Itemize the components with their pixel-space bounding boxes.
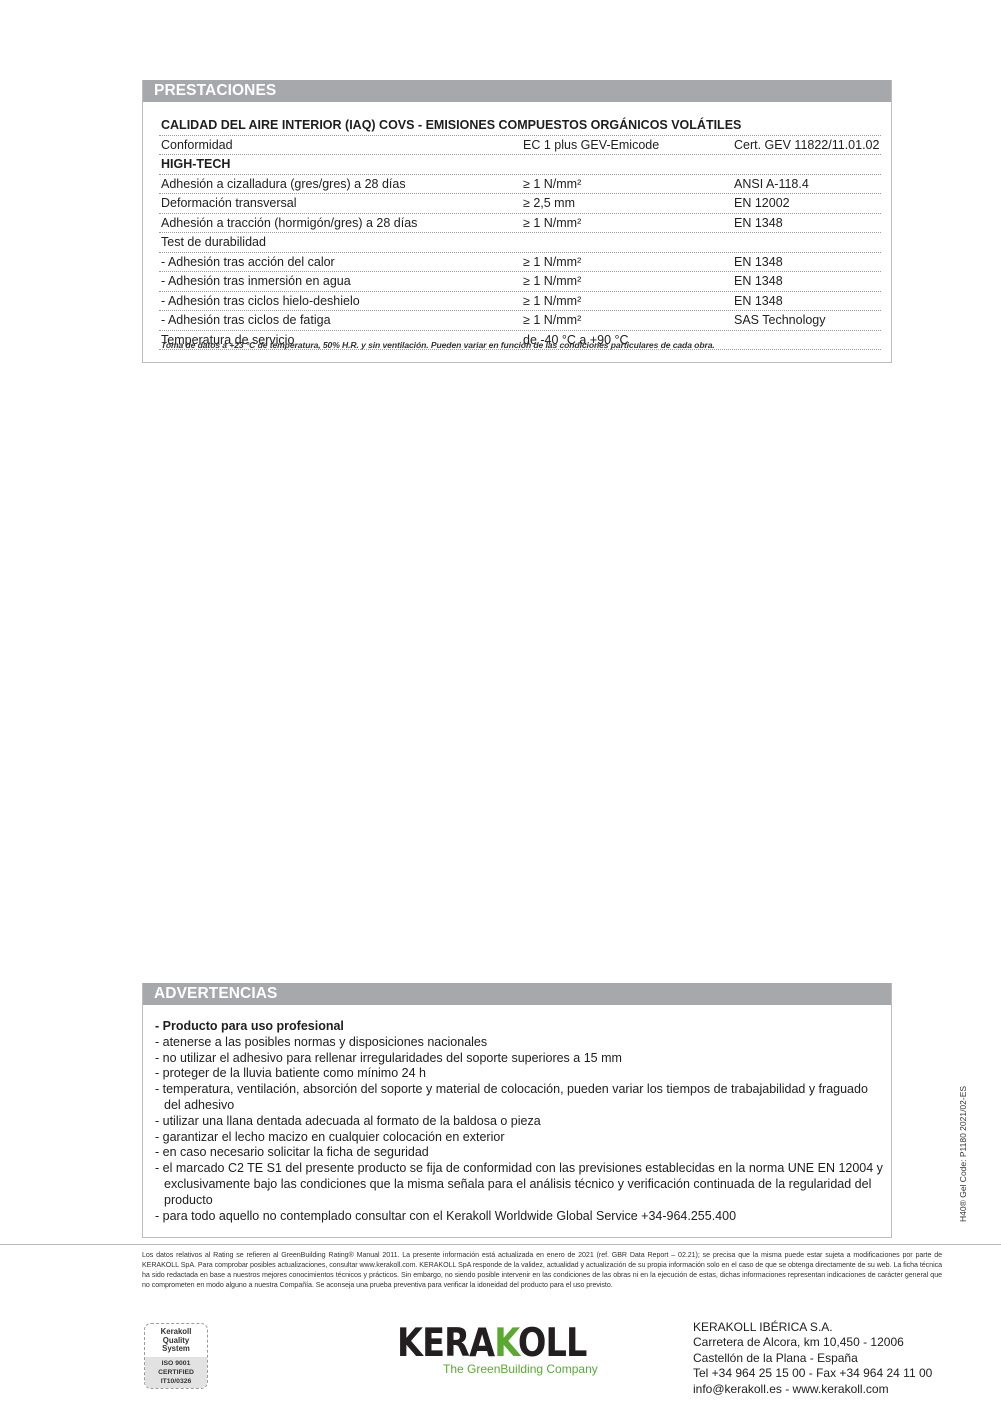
spec-row: Adhesión a cizalladura (gres/gres) a 28 … bbox=[159, 175, 881, 195]
spec-label: - Adhesión tras ciclos de fatiga bbox=[161, 311, 331, 330]
company-address: KERAKOLL IBÉRICA S.A. Carretera de Alcor… bbox=[693, 1320, 932, 1397]
warning-item: - el marcado C2 TE S1 del presente produ… bbox=[155, 1161, 885, 1208]
company-contact-links[interactable]: info@kerakoll.es - www.kerakoll.com bbox=[693, 1382, 932, 1397]
advertencias-title: ADVERTENCIAS bbox=[143, 983, 891, 1005]
disclaimer-text: Los datos relativos al Rating se refiere… bbox=[142, 1250, 942, 1290]
spec-row: - Adhesión tras ciclos de fatiga≥ 1 N/mm… bbox=[159, 311, 881, 331]
spec-row: Test de durabilidad bbox=[159, 233, 881, 253]
warning-item: - garantizar el lecho macizo en cualquie… bbox=[155, 1130, 885, 1146]
spec-row: - Adhesión tras acción del calor≥ 1 N/mm… bbox=[159, 253, 881, 273]
quality-badge-bottom: ISO 9001 CERTIFIED IT10/0326 bbox=[145, 1357, 207, 1388]
spec-table: CALIDAD DEL AIRE INTERIOR (IAQ) COVS - E… bbox=[159, 116, 881, 350]
warning-item: - temperatura, ventilación, absorción de… bbox=[155, 1082, 885, 1114]
product-code: H40® Gel Code: P1180 2021/02-ES bbox=[958, 1086, 968, 1222]
company-phone: Tel +34 964 25 15 00 - Fax +34 964 24 11… bbox=[693, 1366, 932, 1381]
spec-norm: SAS Technology bbox=[734, 311, 826, 330]
quality-badge-top: Kerakoll Quality System bbox=[145, 1324, 207, 1358]
spec-norm: EN 12002 bbox=[734, 194, 790, 213]
spec-row: - Adhesión tras inmersión en agua≥ 1 N/m… bbox=[159, 272, 881, 292]
spec-label: Adhesión a cizalladura (gres/gres) a 28 … bbox=[161, 175, 406, 194]
spec-norm: Cert. GEV 11822/11.01.02 bbox=[734, 136, 879, 155]
warning-item: - Producto para uso profesional bbox=[155, 1019, 885, 1035]
warning-item: - proteger de la lluvia batiente como mí… bbox=[155, 1066, 885, 1082]
prestaciones-title: PRESTACIONES bbox=[143, 80, 891, 102]
spec-label: CALIDAD DEL AIRE INTERIOR (IAQ) COVS - E… bbox=[161, 116, 741, 135]
spec-label: - Adhesión tras acción del calor bbox=[161, 253, 335, 272]
spec-label: Test de durabilidad bbox=[161, 233, 266, 252]
company-street: Carretera de Alcora, km 10,450 - 12006 bbox=[693, 1335, 932, 1350]
spec-norm: EN 1348 bbox=[734, 253, 783, 272]
spec-label: Adhesión a tracción (hormigón/gres) a 28… bbox=[161, 214, 417, 233]
spec-value: ≥ 1 N/mm² bbox=[523, 311, 581, 330]
footer-divider bbox=[0, 1244, 1001, 1245]
spec-norm: EN 1348 bbox=[734, 292, 783, 311]
advertencias-section: ADVERTENCIAS - Producto para uso profesi… bbox=[142, 983, 892, 1238]
spec-label: Conformidad bbox=[161, 136, 233, 155]
spec-value: ≥ 1 N/mm² bbox=[523, 292, 581, 311]
spec-label: - Adhesión tras ciclos hielo-deshielo bbox=[161, 292, 360, 311]
prestaciones-section: PRESTACIONES CALIDAD DEL AIRE INTERIOR (… bbox=[142, 80, 892, 363]
spec-value: ≥ 2,5 mm bbox=[523, 194, 575, 213]
spec-value: ≥ 1 N/mm² bbox=[523, 253, 581, 272]
company-city: Castellón de la Plana - España bbox=[693, 1351, 932, 1366]
spec-value: ≥ 1 N/mm² bbox=[523, 175, 581, 194]
spec-label: Deformación transversal bbox=[161, 194, 296, 213]
logo-k-mark: K bbox=[494, 1321, 518, 1366]
spec-group-heading: CALIDAD DEL AIRE INTERIOR (IAQ) COVS - E… bbox=[159, 116, 881, 136]
spec-norm: ANSI A-118.4 bbox=[734, 175, 809, 194]
warning-item: - utilizar una llana dentada adecuada al… bbox=[155, 1114, 885, 1130]
quality-certification-badge: Kerakoll Quality System ISO 9001 CERTIFI… bbox=[144, 1323, 208, 1389]
logo-tagline: The GreenBuilding Company bbox=[443, 1362, 598, 1376]
spec-row: - Adhesión tras ciclos hielo-deshielo≥ 1… bbox=[159, 292, 881, 312]
spec-value: EC 1 plus GEV-Emicode bbox=[523, 136, 659, 155]
spec-value: ≥ 1 N/mm² bbox=[523, 272, 581, 291]
logo-wordmark: KERAKOLL bbox=[397, 1326, 578, 1362]
warning-item: - en caso necesario solicitar la ficha d… bbox=[155, 1145, 885, 1161]
company-name: KERAKOLL IBÉRICA S.A. bbox=[693, 1320, 932, 1335]
spec-row: Adhesión a tracción (hormigón/gres) a 28… bbox=[159, 214, 881, 234]
spec-group-heading: HIGH-TECH bbox=[159, 155, 881, 175]
warning-item: - para todo aquello no contemplado consu… bbox=[155, 1209, 885, 1225]
spec-value: ≥ 1 N/mm² bbox=[523, 214, 581, 233]
warning-item: - no utilizar el adhesivo para rellenar … bbox=[155, 1051, 885, 1067]
spec-label: - Adhesión tras inmersión en agua bbox=[161, 272, 351, 291]
spec-row: Deformación transversal≥ 2,5 mmEN 12002 bbox=[159, 194, 881, 214]
warning-item: - atenerse a las posibles normas y dispo… bbox=[155, 1035, 885, 1051]
warnings-list: - Producto para uso profesional- ateners… bbox=[155, 1019, 885, 1224]
spec-footnote: Toma de datos a +23 °C de temperatura, 5… bbox=[161, 340, 715, 350]
spec-norm: EN 1348 bbox=[734, 214, 783, 233]
spec-row: ConformidadEC 1 plus GEV-EmicodeCert. GE… bbox=[159, 136, 881, 156]
spec-label: HIGH-TECH bbox=[161, 155, 230, 174]
spec-norm: EN 1348 bbox=[734, 272, 783, 291]
kerakoll-logo: KERAKOLL The GreenBuilding Company bbox=[397, 1326, 607, 1376]
